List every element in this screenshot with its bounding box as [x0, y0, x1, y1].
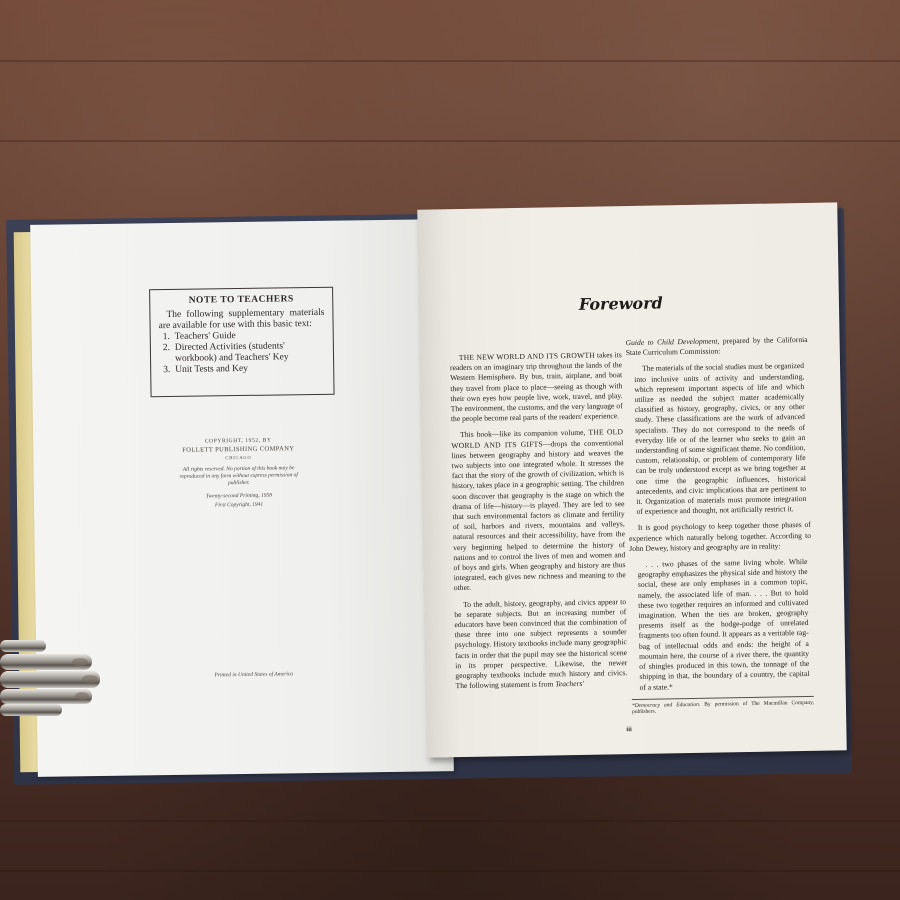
rights-notice: All rights reserved. No portion of this … [174, 465, 304, 488]
paragraph: To the adult, history, geography, and ci… [454, 597, 628, 692]
paragraph: THE NEW WORLD AND ITS GROWTH takes its r… [450, 350, 623, 424]
note-intro: The following supplementary materials ar… [158, 308, 324, 332]
first-copyright: First Copyright, 1941 [174, 501, 304, 509]
block-quote: The materials of the social studies must… [626, 361, 811, 517]
footnote: *Democracy and Education. By permission … [632, 700, 814, 716]
right-page: Foreword THE NEW WORLD AND ITS GROWTH ta… [417, 202, 846, 757]
list-item: 3.Unit Tests and Key [159, 363, 325, 376]
block-quote: . . . two phases of the same living whol… [629, 557, 813, 693]
paragraph: Guide to Child Development, prepared by … [626, 335, 808, 359]
publisher-city: CHICAGO [173, 454, 303, 461]
note-to-teachers-box: NOTE TO TEACHERS The following supplemen… [149, 287, 334, 398]
paragraph: It is good psychology to keep together t… [629, 520, 812, 554]
copyright-line: COPYRIGHT, 1952, BY [173, 437, 303, 445]
foreword-column-right: Guide to Child Development, prepared by … [626, 335, 815, 716]
list-item: 2.Directed Activities (students' workboo… [159, 341, 325, 365]
publisher-name: FOLLETT PUBLISHING COMPANY [173, 445, 303, 454]
silver-hand-icon [0, 628, 100, 720]
page-number: iii [626, 726, 632, 733]
printed-in-notice: Printed in United States of America [214, 671, 293, 678]
page-title: Foreword [579, 293, 663, 313]
supplementary-list: 1.Teachers' Guide 2.Directed Activities … [159, 330, 326, 376]
printing-info: Twenty-second Printing, 1958 [174, 492, 304, 500]
foreword-column-left: THE NEW WORLD AND ITS GROWTH takes its r… [450, 350, 628, 697]
paragraph: This book—like its companion volume, THE… [451, 428, 626, 594]
note-title: NOTE TO TEACHERS [158, 294, 324, 307]
copyright-block: COPYRIGHT, 1952, BY FOLLETT PUBLISHING C… [173, 437, 304, 512]
